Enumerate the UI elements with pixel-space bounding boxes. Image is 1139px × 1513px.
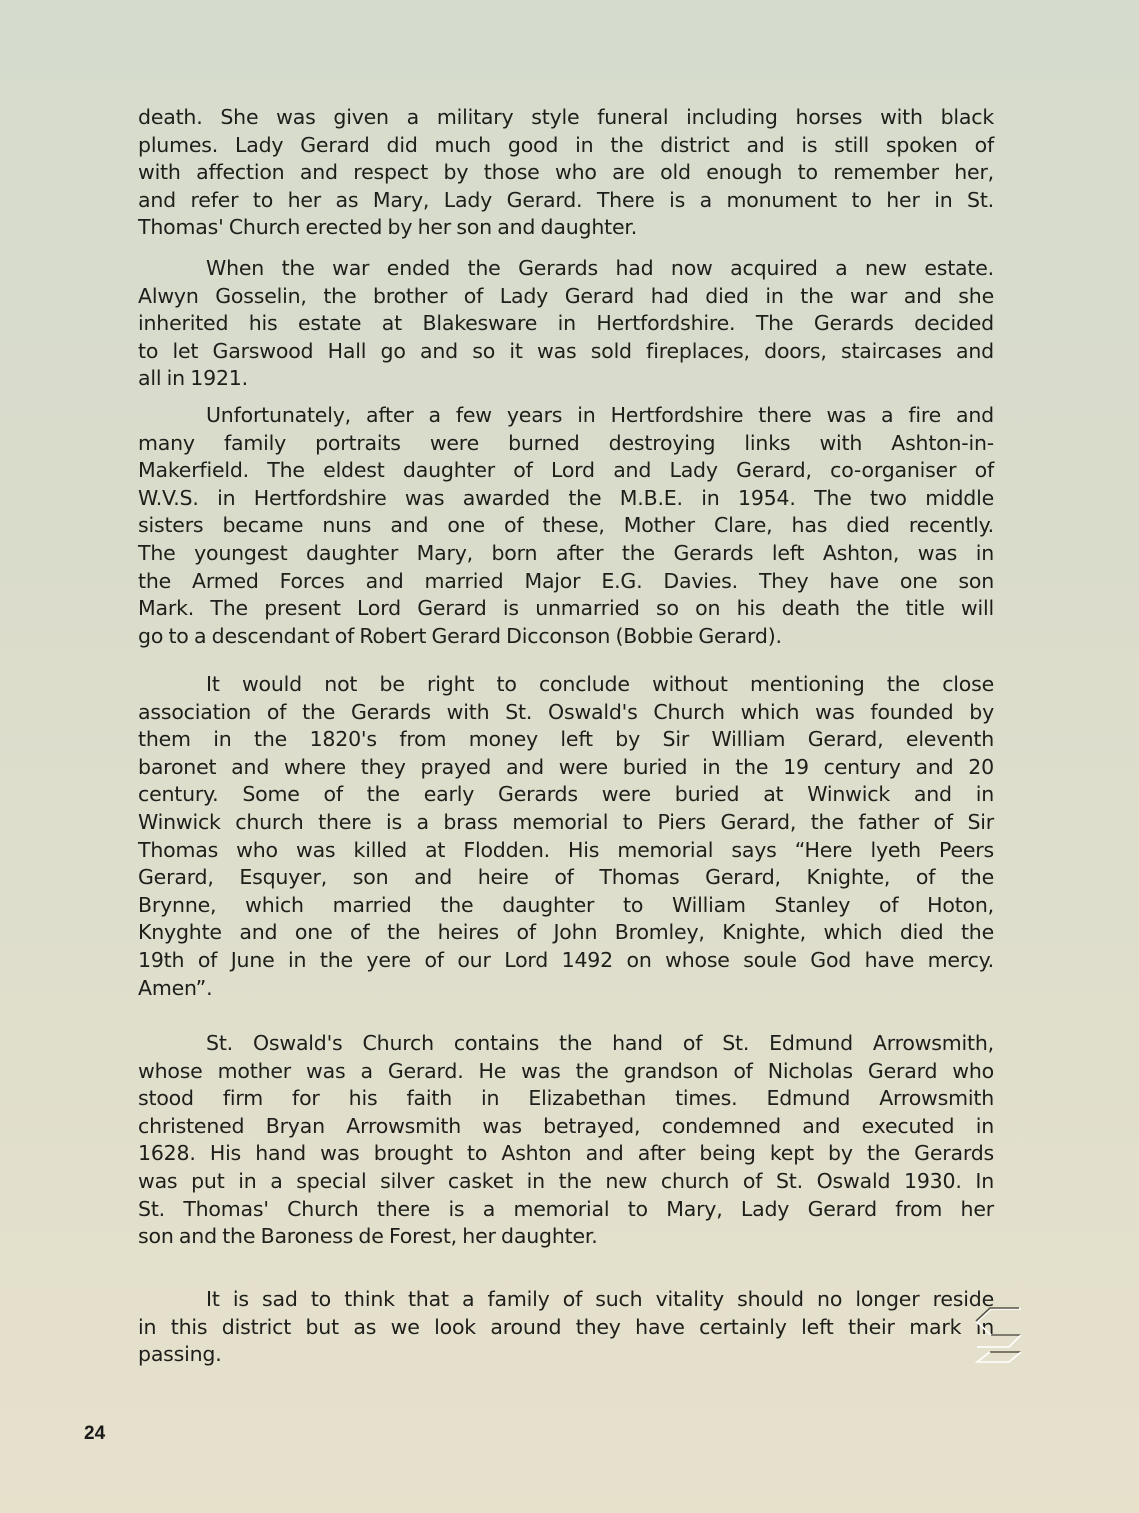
text-line: passing. <box>138 1341 994 1369</box>
text-line: It is sad to think that a family of such… <box>138 1286 994 1314</box>
text-line: baronet and where they prayed and were b… <box>138 754 994 782</box>
document-page: death. She was given a military style fu… <box>0 0 1139 1513</box>
text-line: The youngest daughter Mary, born after t… <box>138 540 994 568</box>
paragraph-funeral: death. She was given a military style fu… <box>138 104 994 242</box>
text-line: Alwyn Gosselin, the brother of Lady Gera… <box>138 283 994 311</box>
paragraph-st-oswalds-association: It would not be right to conclude withou… <box>138 671 994 1002</box>
text-line: Gerard, Esquyer, son and heire of Thomas… <box>138 864 994 892</box>
text-line: Thomas' Church erected by her son and da… <box>138 214 994 242</box>
text-line: in this district but as we look around t… <box>138 1314 994 1342</box>
text-line: with affection and respect by those who … <box>138 159 994 187</box>
text-line: Mark. The present Lord Gerard is unmarri… <box>138 595 994 623</box>
paragraph-new-estate: When the war ended the Gerards had now a… <box>138 255 994 393</box>
text-line: many family portraits were burned destro… <box>138 430 994 458</box>
text-line: was put in a special silver casket in th… <box>138 1168 994 1196</box>
text-line: St. Oswald's Church contains the hand of… <box>138 1030 994 1058</box>
text-line: sisters became nuns and one of these, Mo… <box>138 512 994 540</box>
text-line: It would not be right to conclude withou… <box>138 671 994 699</box>
text-line: go to a descendant of Robert Gerard Dicc… <box>138 623 994 651</box>
text-line: Knyghte and one of the heires of John Br… <box>138 919 994 947</box>
text-line: Makerfield. The eldest daughter of Lord … <box>138 457 994 485</box>
paragraph-fire-and-family: Unfortunately, after a few years in Hert… <box>138 402 994 650</box>
text-line: When the war ended the Gerards had now a… <box>138 255 994 283</box>
text-line: St. Thomas' Church there is a memorial t… <box>138 1196 994 1224</box>
text-line: the Armed Forces and married Major E.G. … <box>138 568 994 596</box>
text-line: plumes. Lady Gerard did much good in the… <box>138 132 994 160</box>
text-line: 19th of June in the yere of our Lord 149… <box>138 947 994 975</box>
text-line: Amen”. <box>138 975 994 1003</box>
text-line: century. Some of the early Gerards were … <box>138 781 994 809</box>
paragraph-conclusion: It is sad to think that a family of such… <box>138 1286 994 1369</box>
stacked-chevron-logo-icon <box>975 1306 1023 1364</box>
text-line: 1628. His hand was brought to Ashton and… <box>138 1140 994 1168</box>
text-line: Unfortunately, after a few years in Hert… <box>138 402 994 430</box>
text-line: whose mother was a Gerard. He was the gr… <box>138 1058 994 1086</box>
page-number: 24 <box>84 1423 105 1445</box>
text-line: all in 1921. <box>138 365 994 393</box>
text-line: Brynne, which married the daughter to Wi… <box>138 892 994 920</box>
text-line: stood firm for his faith in Elizabethan … <box>138 1085 994 1113</box>
text-line: christened Bryan Arrowsmith was betrayed… <box>138 1113 994 1141</box>
text-line: W.V.S. in Hertfordshire was awarded the … <box>138 485 994 513</box>
text-line: association of the Gerards with St. Oswa… <box>138 699 994 727</box>
text-line: inherited his estate at Blakesware in He… <box>138 310 994 338</box>
text-line: to let Garswood Hall go and so it was so… <box>138 338 994 366</box>
text-line: death. She was given a military style fu… <box>138 104 994 132</box>
text-line: son and the Baroness de Forest, her daug… <box>138 1223 994 1251</box>
text-line: them in the 1820's from money left by Si… <box>138 726 994 754</box>
text-line: Winwick church there is a brass memorial… <box>138 809 994 837</box>
text-line: and refer to her as Mary, Lady Gerard. T… <box>138 187 994 215</box>
text-line: Thomas who was killed at Flodden. His me… <box>138 837 994 865</box>
paragraph-edmund-arrowsmith: St. Oswald's Church contains the hand of… <box>138 1030 994 1251</box>
